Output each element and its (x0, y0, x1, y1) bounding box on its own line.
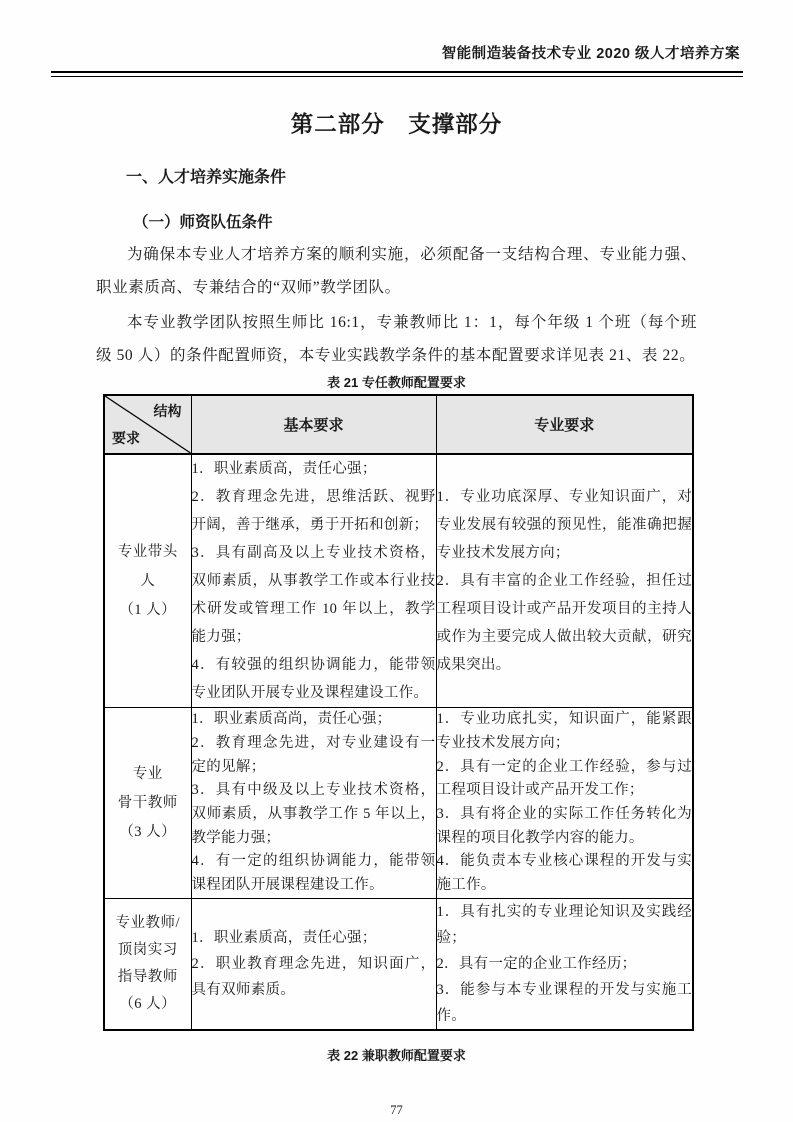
role-line: 指导教师 (105, 964, 191, 991)
requirement-item: 1．职业素质高尚，责任心强； (192, 708, 436, 732)
requirement-item: 2．教育理念先进，对专业建设有一定的见解； (192, 732, 436, 779)
paragraph-1: 为确保本专业人才培养方案的顺利实施，必须配备一支结构合理、专业能力强、职业素质高… (96, 238, 697, 304)
body-text: 为确保本专业人才培养方案的顺利实施，必须配备一支结构合理、专业能力强、职业素质高… (96, 238, 697, 372)
table-row: 专业教师/ 顶岗实习 指导教师 （6 人） 1．职业素质高，责任心强； 2．职业… (104, 899, 693, 1031)
basic-requirements-cell: 1．职业素质高尚，责任心强； 2．教育理念先进，对专业建设有一定的见解； 3．具… (191, 708, 436, 899)
column-header-professional: 专业要求 (436, 395, 693, 454)
requirement-item: 1．职业素质高，责任心强； (192, 925, 436, 951)
diagonal-header-cell: 结构 要求 (104, 395, 191, 454)
requirement-item: 3．具有将企业的实际工作任务转化为课程的项目化教学内容的能力。 (437, 803, 693, 850)
requirement-item: 4．有较强的组织协调能力，能带领专业团队开展专业及课程建设工作。 (192, 651, 436, 707)
column-header-basic: 基本要求 (191, 395, 436, 454)
document-page: 智能制造装备技术专业 2020 级人才培养方案 第二部分 支撑部分 一、人才培养… (0, 0, 793, 1122)
requirement-item: 1．具有扎实的专业理论知识及实践经验； (437, 899, 693, 951)
corner-label-requirement: 要求 (112, 428, 140, 448)
basic-requirements-cell: 1．职业素质高，责任心强； 2．教育理念先进，思维活跃、视野开阔，善于继承，勇于… (191, 454, 436, 708)
part-title: 第二部分 支撑部分 (0, 110, 793, 140)
requirement-item: 2．教育理念先进，思维活跃、视野开阔，善于继承，勇于开拓和创新； (192, 483, 436, 539)
role-line: 骨干教师 (105, 789, 191, 818)
requirement-item: 2．具有一定的企业工作经验，参与过工程项目设计或产品开发工作； (437, 756, 693, 803)
corner-label-structure: 结构 (154, 401, 182, 421)
requirement-item: 4．有一定的组织协调能力，能带领课程团队开展课程建设工作。 (192, 850, 436, 897)
table21: 结构 要求 基本要求 专业要求 专业带头 人 （1 人） 1．职业素质高，责任心… (103, 394, 694, 1031)
section-heading: 一、人才培养实施条件 (126, 167, 793, 189)
requirement-item: 1．专业功底深厚、专业知识面广，对专业发展有较强的预见性，能准确把握专业技术发展… (437, 483, 693, 567)
requirement-item: 3．能参与本专业课程的开发与实施工作。 (437, 977, 693, 1029)
role-line: （1 人） (105, 596, 191, 625)
requirement-item: 1．专业功底扎实，知识面广，能紧跟专业技术发展方向； (437, 708, 693, 755)
role-line: 顶岗实习 (105, 937, 191, 964)
page-number: 77 (0, 1102, 793, 1118)
table21-caption: 表 21 专任教师配置要求 (0, 374, 793, 391)
role-cell: 专业教师/ 顶岗实习 指导教师 （6 人） (104, 899, 191, 1031)
requirement-item: 2．具有一定的企业工作经历； (437, 951, 693, 977)
role-line: 专业教师/ (105, 910, 191, 937)
requirement-item: 3．具有副高及以上专业技术资格，双师素质，从事教学工作或本行业技术研发或管理工作… (192, 539, 436, 651)
role-line: 人 (105, 567, 191, 596)
requirement-item: 2．具有丰富的企业工作经验，担任过工程项目设计或产品开发项目的主持人或作为主要完… (437, 567, 693, 679)
professional-requirements-cell: 1．具有扎实的专业理论知识及实践经验； 2．具有一定的企业工作经历； 3．能参与… (436, 899, 693, 1031)
header-double-rule (51, 71, 743, 77)
role-line: （6 人） (105, 991, 191, 1018)
paragraph-2: 本专业教学团队按照生师比 16:1，专兼教师比 1：1，每个年级 1 个班（每个… (96, 306, 697, 372)
requirement-item: 3．具有中级及以上专业技术资格，双师素质，从事教学工作 5 年以上，教学能力强； (192, 779, 436, 850)
role-line: （3 人） (105, 818, 191, 847)
subsection-heading: （一）师资队伍条件 (133, 212, 793, 233)
role-cell: 专业带头 人 （1 人） (104, 454, 191, 708)
requirement-item: 4．能负责本专业核心课程的开发与实施工作。 (437, 850, 693, 897)
requirement-item: 2．职业教育理念先进，知识面广，具有双师素质。 (192, 951, 436, 1003)
table-header-row: 结构 要求 基本要求 专业要求 (104, 395, 693, 454)
role-cell: 专业 骨干教师 （3 人） (104, 708, 191, 899)
professional-requirements-cell: 1．专业功底深厚、专业知识面广，对专业发展有较强的预见性，能准确把握专业技术发展… (436, 454, 693, 708)
table22-caption: 表 22 兼职教师配置要求 (0, 1047, 793, 1064)
professional-requirements-cell: 1．专业功底扎实，知识面广，能紧跟专业技术发展方向； 2．具有一定的企业工作经验… (436, 708, 693, 899)
requirement-item: 1．职业素质高，责任心强； (192, 455, 436, 483)
basic-requirements-cell: 1．职业素质高，责任心强； 2．职业教育理念先进，知识面广，具有双师素质。 (191, 899, 436, 1031)
role-line: 专业 (105, 760, 191, 789)
table-row: 专业带头 人 （1 人） 1．职业素质高，责任心强； 2．教育理念先进，思维活跃… (104, 454, 693, 708)
running-head: 智能制造装备技术专业 2020 级人才培养方案 (0, 0, 793, 64)
table-row: 专业 骨干教师 （3 人） 1．职业素质高尚，责任心强； 2．教育理念先进，对专… (104, 708, 693, 899)
role-line: 专业带头 (105, 538, 191, 567)
